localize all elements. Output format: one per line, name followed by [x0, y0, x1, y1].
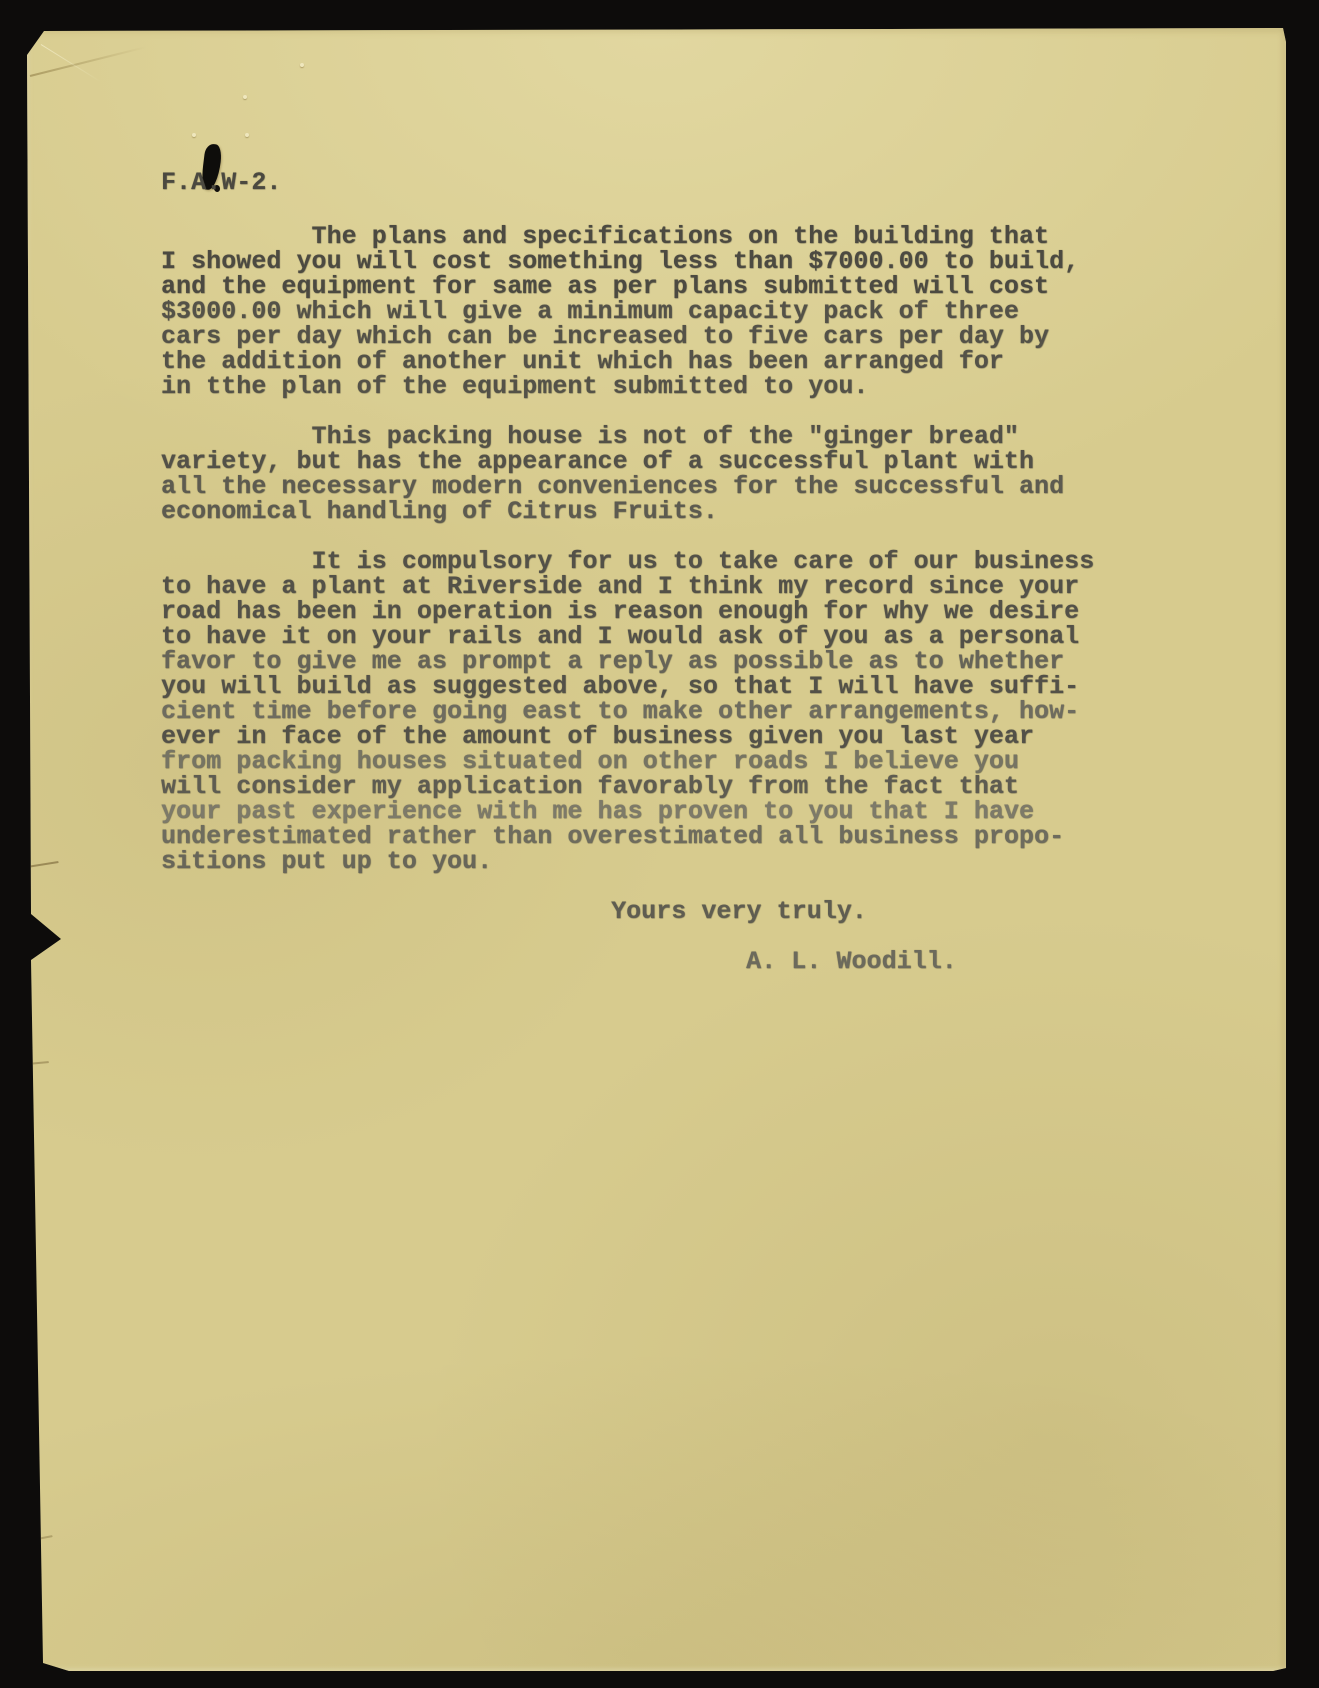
pinhole: [192, 133, 196, 137]
edge-tear-line: [27, 1535, 53, 1542]
reference-number: F.A.W-2.: [161, 170, 1161, 195]
typed-line: It is compulsory for us to take care of …: [161, 549, 1161, 574]
typed-line: $3000.00 which will give a minimum capac…: [161, 299, 1161, 324]
typed-line: the addition of another unit which has b…: [161, 349, 1161, 374]
paragraph: The plans and specifications on the buil…: [161, 224, 1161, 399]
paragraph: This packing house is not of the "ginger…: [161, 424, 1161, 524]
typed-line: all the necessary modern conveniences fo…: [161, 474, 1161, 499]
paragraphs: The plans and specifications on the buil…: [161, 224, 1161, 874]
typed-line: your past experience with me has proven …: [161, 799, 1161, 824]
typed-line: from packing houses situated on other ro…: [161, 749, 1161, 774]
typed-line: cars per day which can be increased to f…: [161, 324, 1161, 349]
typed-line: The plans and specifications on the buil…: [161, 224, 1161, 249]
typed-line: sitions put up to you.: [161, 849, 1161, 874]
typed-line: This packing house is not of the "ginger…: [161, 424, 1161, 449]
typed-line: road has been in operation is reason eno…: [161, 599, 1161, 624]
typed-line: I showed you will cost something less th…: [161, 249, 1161, 274]
typed-line: to have it on your rails and I would ask…: [161, 624, 1161, 649]
typed-line: cient time before going east to make oth…: [161, 699, 1161, 724]
edge-tear-line: [27, 1061, 49, 1065]
typed-line: you will build as suggested above, so th…: [161, 674, 1161, 699]
letter-body: F.A.W-2. The plans and specifications on…: [161, 170, 1161, 974]
pinhole: [243, 95, 247, 99]
typed-line: will consider my application favorably f…: [161, 774, 1161, 799]
paragraph: It is compulsory for us to take care of …: [161, 549, 1161, 874]
edge-tear-line: [27, 861, 59, 868]
typed-line: in tthe plan of the equipment submitted …: [161, 374, 1161, 399]
typed-line: economical handling of Citrus Fruits.: [161, 499, 1161, 524]
typed-line: underestimated rather than overestimated…: [161, 824, 1161, 849]
typed-line: and the equipment for same as per plans …: [161, 274, 1161, 299]
typed-line: favor to give me as prompt a reply as po…: [161, 649, 1161, 674]
scan-background: F.A.W-2. The plans and specifications on…: [0, 0, 1319, 1688]
corner-fold-highlight: [41, 44, 101, 82]
pinhole: [300, 63, 304, 67]
letter-paper: F.A.W-2. The plans and specifications on…: [27, 28, 1286, 1671]
closing-salutation: Yours very truly.: [161, 899, 1161, 924]
corner-crease: [30, 46, 147, 77]
typed-line: variety, but has the appearance of a suc…: [161, 449, 1161, 474]
typed-line: to have a plant at Riverside and I think…: [161, 574, 1161, 599]
signature-name: A. L. Woodill.: [161, 949, 1161, 974]
typed-line: ever in face of the amount of business g…: [161, 724, 1161, 749]
pinhole: [245, 133, 249, 137]
